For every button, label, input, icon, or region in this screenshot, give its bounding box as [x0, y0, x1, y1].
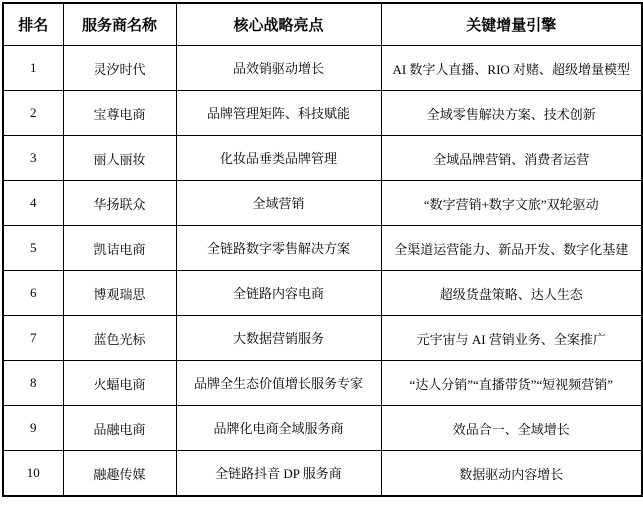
growth-engine-cell: “达人分销”“直播带货”“短视频营销” [381, 361, 642, 406]
rank-cell: 3 [3, 136, 63, 181]
rank-cell: 2 [3, 91, 63, 136]
strategy-highlight-cell: 品牌全生态价值增长服务专家 [176, 361, 381, 406]
growth-engine-cell: AI 数字人直播、RIO 对赌、超级增量模型 [381, 46, 642, 91]
rank-cell: 9 [3, 406, 63, 451]
growth-engine-cell: “数字营销+数字文旅”双轮驱动 [381, 181, 642, 226]
strategy-highlight-cell: 品牌化电商全域服务商 [176, 406, 381, 451]
growth-engine-cell: 数据驱动内容增长 [381, 451, 642, 497]
growth-engine-cell: 全渠道运营能力、新品开发、数字化基建 [381, 226, 642, 271]
table-row: 8 火蝠电商 品牌全生态价值增长服务专家 “达人分销”“直播带货”“短视频营销” [3, 361, 642, 406]
strategy-highlight-cell: 大数据营销服务 [176, 316, 381, 361]
header-row: 排名 服务商名称 核心战略亮点 关键增量引擎 [3, 3, 642, 46]
rank-cell: 1 [3, 46, 63, 91]
table-row: 1 灵汐时代 品效销驱动增长 AI 数字人直播、RIO 对赌、超级增量模型 [3, 46, 642, 91]
rank-cell: 4 [3, 181, 63, 226]
service-provider-ranking: 排名 服务商名称 核心战略亮点 关键增量引擎 1 灵汐时代 品效销驱动增长 AI… [0, 0, 643, 499]
table-row: 6 博观瑞思 全链路内容电商 超级货盘策略、达人生态 [3, 271, 642, 316]
strategy-highlight-cell: 全链路抖音 DP 服务商 [176, 451, 381, 497]
provider-name-cell: 火蝠电商 [63, 361, 176, 406]
column-header-highlight: 核心战略亮点 [176, 3, 381, 46]
provider-name-cell: 博观瑞思 [63, 271, 176, 316]
rank-cell: 5 [3, 226, 63, 271]
growth-engine-cell: 全域品牌营销、消费者运营 [381, 136, 642, 181]
strategy-highlight-cell: 品效销驱动增长 [176, 46, 381, 91]
strategy-highlight-cell: 全域营销 [176, 181, 381, 226]
growth-engine-cell: 全域零售解决方案、技术创新 [381, 91, 642, 136]
table-row: 7 蓝色光标 大数据营销服务 元宇宙与 AI 营销业务、全案推广 [3, 316, 642, 361]
growth-engine-cell: 效品合一、全域增长 [381, 406, 642, 451]
table-row: 2 宝尊电商 品牌管理矩阵、科技赋能 全域零售解决方案、技术创新 [3, 91, 642, 136]
rank-cell: 6 [3, 271, 63, 316]
table-body: 1 灵汐时代 品效销驱动增长 AI 数字人直播、RIO 对赌、超级增量模型 2 … [3, 46, 642, 497]
provider-name-cell: 蓝色光标 [63, 316, 176, 361]
provider-name-cell: 宝尊电商 [63, 91, 176, 136]
column-header-engine: 关键增量引擎 [381, 3, 642, 46]
provider-name-cell: 灵汐时代 [63, 46, 176, 91]
provider-name-cell: 凯诘电商 [63, 226, 176, 271]
table-row: 4 华扬联众 全域营销 “数字营销+数字文旅”双轮驱动 [3, 181, 642, 226]
column-header-rank: 排名 [3, 3, 63, 46]
ranking-table: 排名 服务商名称 核心战略亮点 关键增量引擎 1 灵汐时代 品效销驱动增长 AI… [2, 2, 643, 497]
provider-name-cell: 华扬联众 [63, 181, 176, 226]
rank-cell: 8 [3, 361, 63, 406]
strategy-highlight-cell: 全链路内容电商 [176, 271, 381, 316]
provider-name-cell: 品融电商 [63, 406, 176, 451]
column-header-name: 服务商名称 [63, 3, 176, 46]
strategy-highlight-cell: 化妆品垂类品牌管理 [176, 136, 381, 181]
provider-name-cell: 丽人丽妆 [63, 136, 176, 181]
table-row: 9 品融电商 品牌化电商全域服务商 效品合一、全域增长 [3, 406, 642, 451]
growth-engine-cell: 超级货盘策略、达人生态 [381, 271, 642, 316]
strategy-highlight-cell: 全链路数字零售解决方案 [176, 226, 381, 271]
strategy-highlight-cell: 品牌管理矩阵、科技赋能 [176, 91, 381, 136]
rank-cell: 10 [3, 451, 63, 497]
rank-cell: 7 [3, 316, 63, 361]
table-row: 3 丽人丽妆 化妆品垂类品牌管理 全域品牌营销、消费者运营 [3, 136, 642, 181]
growth-engine-cell: 元宇宙与 AI 营销业务、全案推广 [381, 316, 642, 361]
table-row: 10 融趣传媒 全链路抖音 DP 服务商 数据驱动内容增长 [3, 451, 642, 497]
provider-name-cell: 融趣传媒 [63, 451, 176, 497]
table-row: 5 凯诘电商 全链路数字零售解决方案 全渠道运营能力、新品开发、数字化基建 [3, 226, 642, 271]
